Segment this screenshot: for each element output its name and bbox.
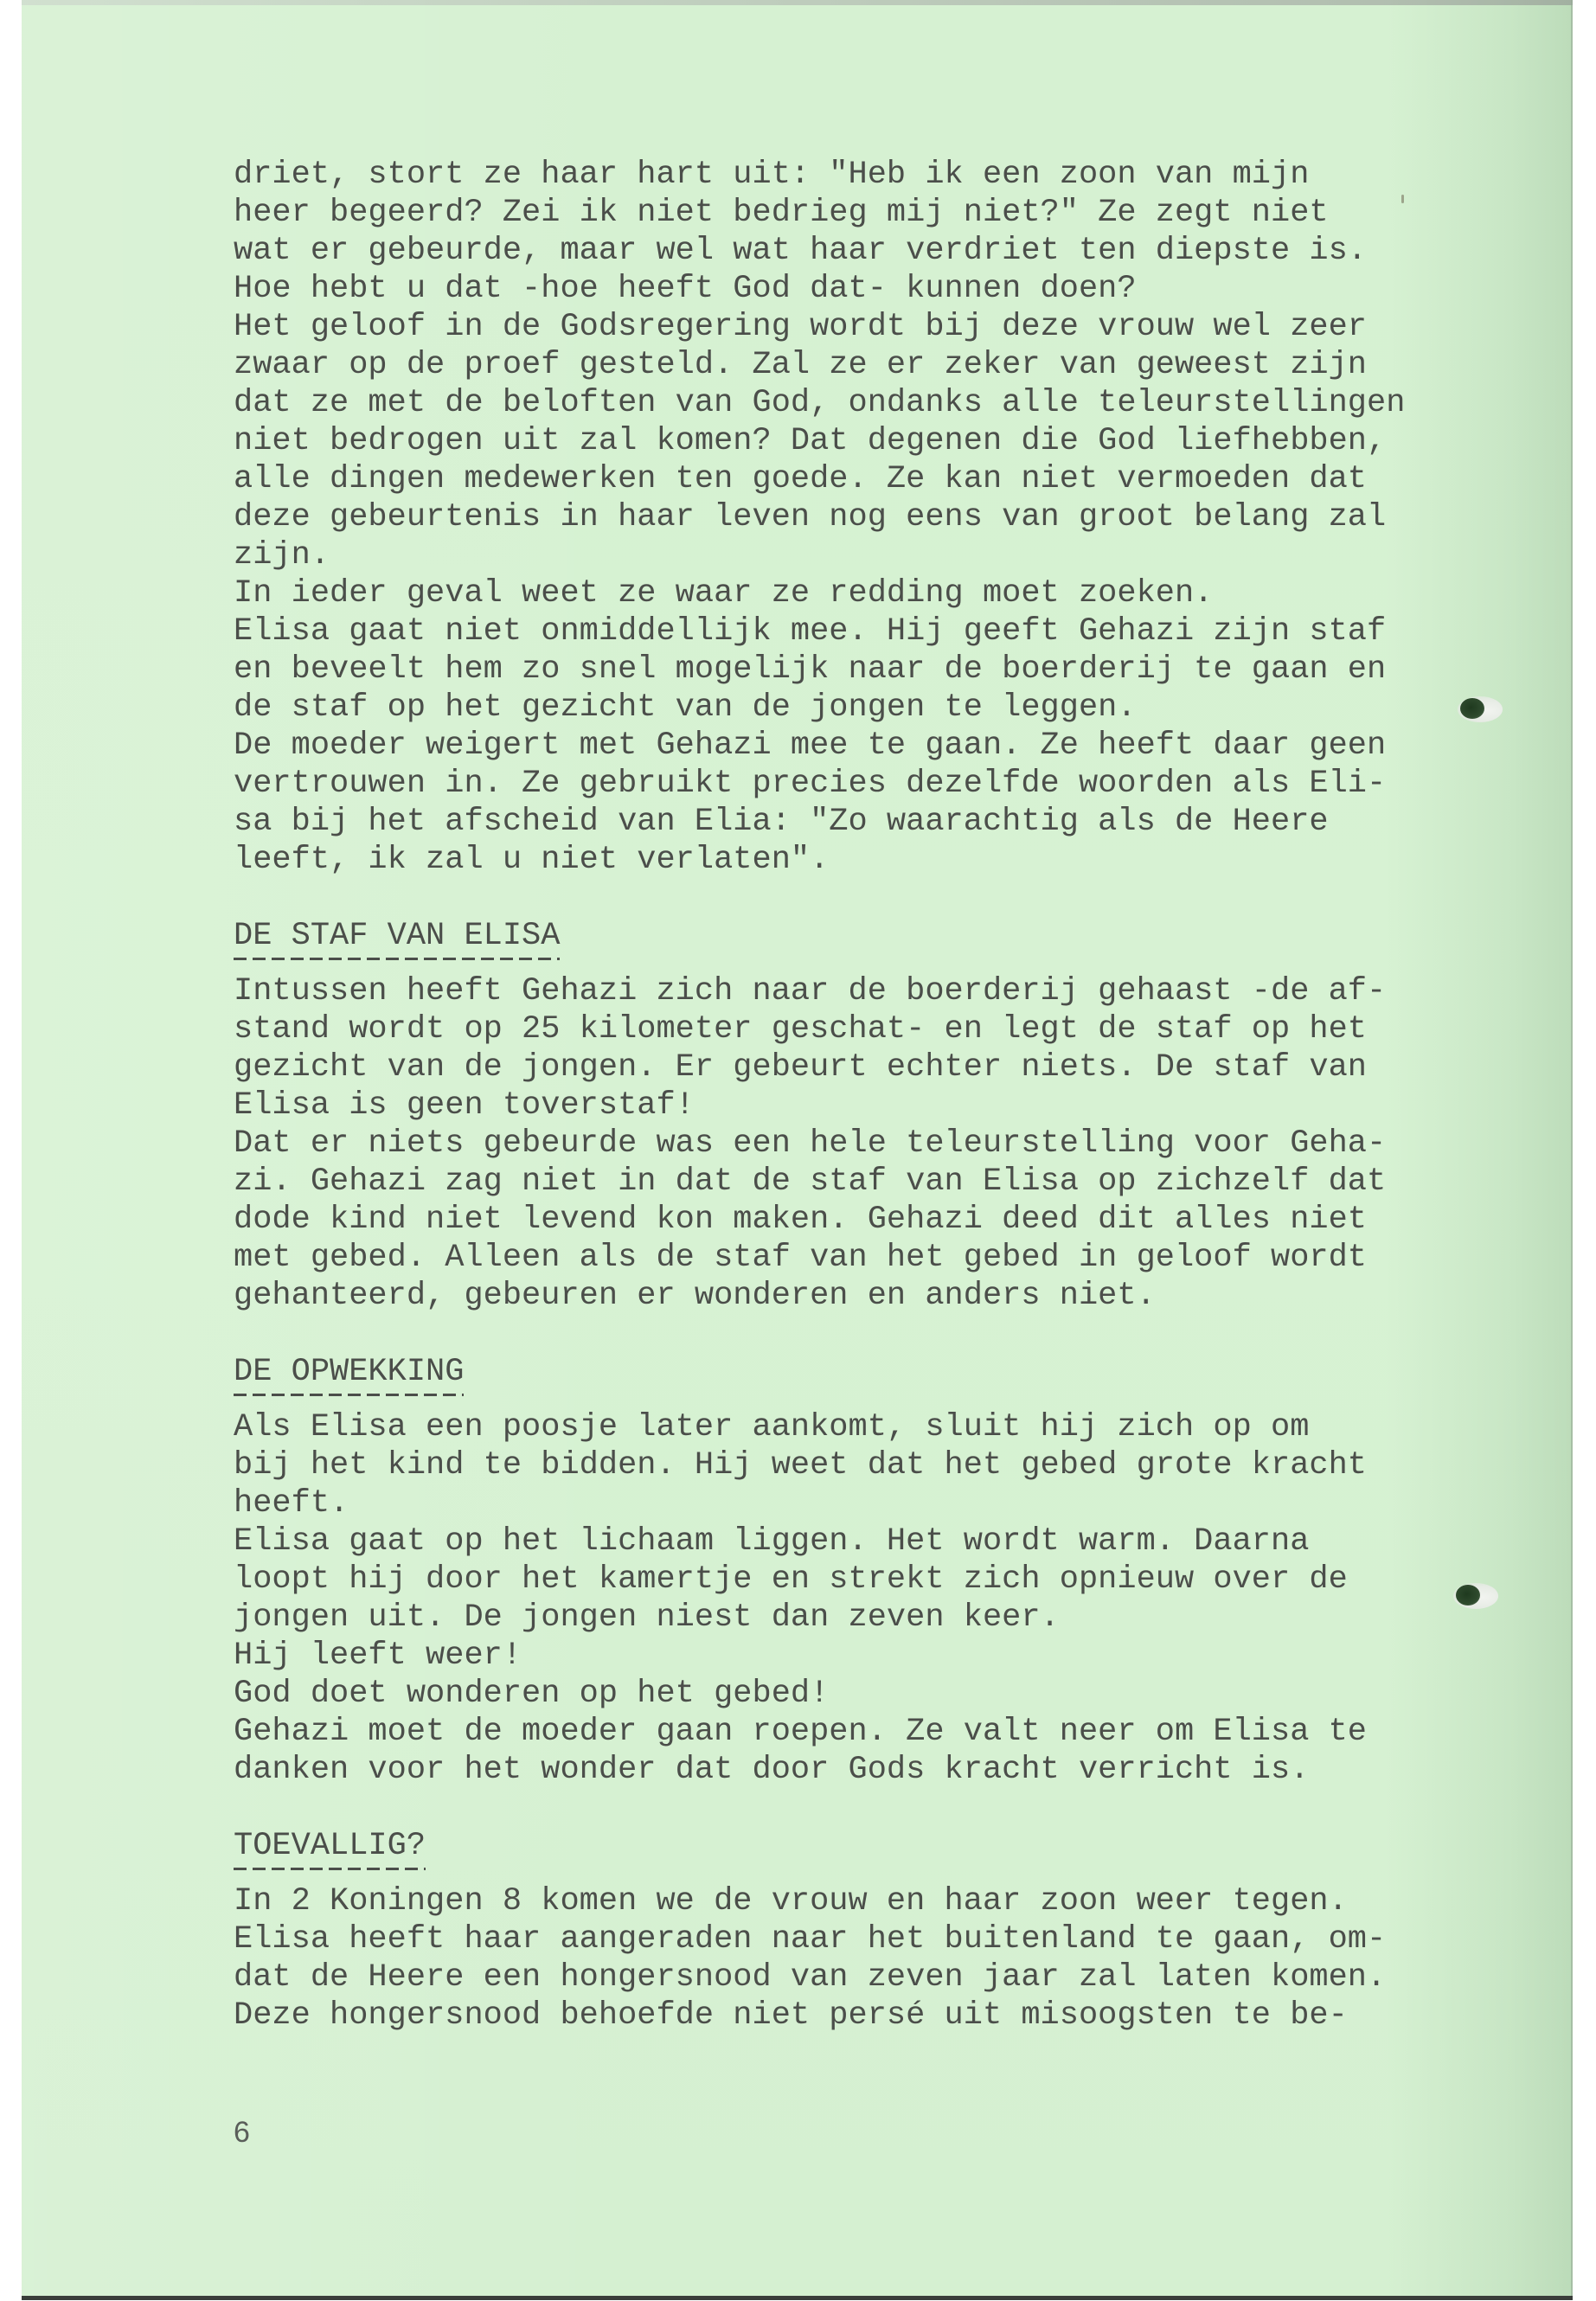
- text-line: In 2 Koningen 8 komen we de vrouw en haa…: [234, 1882, 1531, 1920]
- text-line: danken voor het wonder dat door Gods kra…: [234, 1751, 1531, 1789]
- text-line: dat ze met de beloften van God, ondanks …: [234, 384, 1531, 422]
- text-line: vertrouwen in. Ze gebruikt precies dezel…: [234, 765, 1531, 803]
- text-line: zwaar op de proef gesteld. Zal ze er zek…: [234, 346, 1531, 384]
- text-line: driet, stort ze haar hart uit: "Heb ik e…: [234, 156, 1531, 194]
- text-line: In ieder geval weet ze waar ze redding m…: [234, 574, 1531, 612]
- text-line: niet bedrogen uit zal komen? Dat degenen…: [234, 422, 1531, 460]
- text-line: Elisa is geen toverstaf!: [234, 1086, 1531, 1125]
- text-line: en beveelt hem zo snel mogelijk naar de …: [234, 651, 1531, 689]
- text-line: de staf op het gezicht van de jongen te …: [234, 689, 1531, 727]
- paragraph: driet, stort ze haar hart uit: "Heb ik e…: [234, 156, 1531, 879]
- text-line: stand wordt op 25 kilometer geschat- en …: [234, 1010, 1531, 1048]
- section-heading: TOEVALLIG?: [234, 1827, 426, 1867]
- text-line: Elisa heeft haar aangeraden naar het bui…: [234, 1920, 1531, 1958]
- text-line: Intussen heeft Gehazi zich naar de boerd…: [234, 972, 1531, 1010]
- document-body: driet, stort ze haar hart uit: "Heb ik e…: [234, 156, 1531, 2035]
- section-heading: DE STAF VAN ELISA: [234, 917, 560, 957]
- text-line: gezicht van de jongen. Er gebeurt echter…: [234, 1048, 1531, 1086]
- text-line: Als Elisa een poosje later aankomt, slui…: [234, 1408, 1531, 1446]
- text-line: Hij leeft weer!: [234, 1637, 1531, 1675]
- text-line: leeft, ik zal u niet verlaten".: [234, 841, 1531, 879]
- section-heading: DE OPWEKKING: [234, 1353, 464, 1393]
- text-line: wat er gebeurde, maar wel wat haar verdr…: [234, 232, 1531, 270]
- section-heading-line: DE OPWEKKING: [234, 1353, 1531, 1391]
- paragraph: Als Elisa een poosje later aankomt, slui…: [234, 1408, 1531, 1789]
- text-line: Gehazi moet de moeder gaan roepen. Ze va…: [234, 1713, 1531, 1751]
- text-line: God doet wonderen op het gebed!: [234, 1675, 1531, 1713]
- spacer: [234, 879, 1531, 917]
- text-line: Deze hongersnood behoefde niet persé uit…: [234, 1997, 1531, 2035]
- text-line: Dat er niets gebeurde was een hele teleu…: [234, 1125, 1531, 1163]
- text-line: Hoe hebt u dat -hoe heeft God dat- kunne…: [234, 270, 1531, 308]
- paragraph: In 2 Koningen 8 komen we de vrouw en haa…: [234, 1882, 1531, 2035]
- text-line: zi. Gehazi zag niet in dat de staf van E…: [234, 1163, 1531, 1201]
- spacer: [234, 1865, 1531, 1882]
- section-heading-line: DE STAF VAN ELISA: [234, 917, 1531, 955]
- text-line: deze gebeurtenis in haar leven nog eens …: [234, 498, 1531, 536]
- text-line: zijn.: [234, 536, 1531, 574]
- text-line: sa bij het afscheid van Elia: "Zo waarac…: [234, 803, 1531, 841]
- text-line: met gebed. Alleen als de staf van het ge…: [234, 1239, 1531, 1277]
- text-line: Elisa gaat niet onmiddellijk mee. Hij ge…: [234, 612, 1531, 651]
- text-line: heeft.: [234, 1484, 1531, 1522]
- paragraph: Intussen heeft Gehazi zich naar de boerd…: [234, 972, 1531, 1315]
- text-line: dat de Heere een hongersnood van zeven j…: [234, 1958, 1531, 1997]
- section-heading-line: TOEVALLIG?: [234, 1827, 1531, 1865]
- text-line: gehanteerd, gebeuren er wonderen en ande…: [234, 1277, 1531, 1315]
- text-line: De moeder weigert met Gehazi mee te gaan…: [234, 727, 1531, 765]
- page-number: 6: [234, 2116, 250, 2150]
- spacer: [234, 1789, 1531, 1827]
- spacer: [234, 1315, 1531, 1353]
- text-line: Elisa gaat op het lichaam liggen. Het wo…: [234, 1522, 1531, 1561]
- document-page: driet, stort ze haar hart uit: "Heb ik e…: [22, 0, 1573, 2300]
- text-line: alle dingen medewerken ten goede. Ze kan…: [234, 460, 1531, 498]
- text-line: jongen uit. De jongen niest dan zeven ke…: [234, 1599, 1531, 1637]
- text-line: dode kind niet levend kon maken. Gehazi …: [234, 1201, 1531, 1239]
- text-line: Het geloof in de Godsregering wordt bij …: [234, 308, 1531, 346]
- text-line: loopt hij door het kamertje en strekt zi…: [234, 1561, 1531, 1599]
- text-line: heer begeerd? Zei ik niet bedrieg mij ni…: [234, 194, 1531, 232]
- text-line: bij het kind te bidden. Hij weet dat het…: [234, 1446, 1531, 1484]
